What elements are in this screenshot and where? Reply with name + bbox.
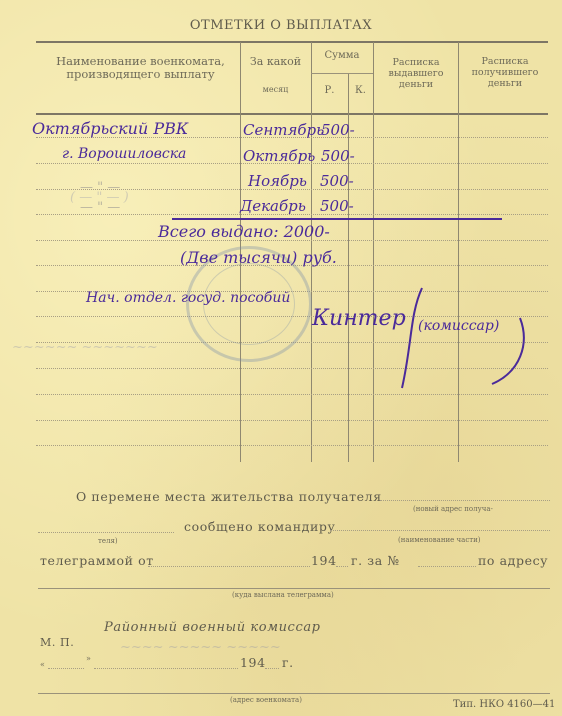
new-address-hint: (новый адрес получа- [413,505,493,513]
header-month-bottom: месяц [240,84,311,96]
date-day-field[interactable] [48,668,84,669]
unit-name-hint: (наименование части) [398,536,481,544]
telegram-date-field[interactable] [148,566,310,567]
handwritten-ditto-2: — " — [80,200,120,215]
header-rub: Р. [311,85,348,97]
handwritten-amount-4: 500- [320,197,354,215]
table-header-bottom-border [36,113,548,115]
document-title: ОТМЕТКИ О ВЫПЛАТАХ [0,18,562,33]
residence-change-label: О перемене места жительства получателя [76,489,382,504]
handwritten-total-underline [172,218,502,220]
date-year-field[interactable] [265,668,279,669]
telegram-from-label: телеграммой от [40,553,154,568]
date-quote-close: » [86,654,91,663]
new-address-field[interactable] [380,500,550,501]
handwritten-office-line2: г. Ворошиловска [62,146,186,162]
row-line [36,445,548,446]
date-month-field[interactable] [94,668,238,669]
handwritten-month-2: Октябрь [243,147,315,165]
telegram-destination-hint: (куда выслана телеграмма) [232,591,334,599]
row-line [36,394,548,395]
by-address-label: по адресу [478,553,548,568]
new-address-field-cont[interactable] [38,532,174,533]
telegram-year-field[interactable] [336,566,348,567]
form-code: Тип. НКО 4160—41 [453,699,555,710]
bleed-through-text: ~~~~ ~~~~~ ~~~~~ [120,640,281,655]
handwritten-total-words: (Две тысячи) руб. [180,248,337,267]
date-quote-open: « [40,660,45,669]
signature-flourish [380,284,540,394]
unit-name-field[interactable] [330,530,550,531]
handwritten-amount-2: 500- [321,147,355,165]
handwritten-amount-3: 500- [320,172,354,190]
telegram-destination-field[interactable] [38,588,550,589]
bleed-through-text: ~~~~~~ ~~~~~~~ [12,340,158,355]
telegram-year-prefix: 194 [311,553,337,568]
header-office-name: Наименование военкомата, производящего в… [48,55,233,81]
table-top-border [36,41,548,43]
telegram-number-label: г. за № [351,553,400,568]
header-recipient-receipt: Расписка получившего деньги [462,56,548,89]
sum-subheader-line [311,73,373,74]
handwritten-official-title: Нач. отдел. госуд. пособий [86,290,290,306]
header-sum: Сумма [311,50,373,62]
handwritten-month-4: Декабрь [240,197,306,215]
handwritten-amount-1: 500- [321,121,355,139]
reported-to-label: сообщено командиру [184,519,335,534]
office-address-hint: (адрес военкомата) [230,696,302,704]
row-line [36,420,548,421]
handwritten-ditto-1: — " — [80,180,120,195]
handwritten-month-3: Ноябрь [248,172,307,190]
col-divider-4 [373,42,374,462]
header-issuer-receipt: Расписка выдавшего деньги [380,57,452,90]
date-g-label: г. [282,655,294,670]
col-divider-5 [458,42,459,462]
commissar-title: Районный военный комиссар [104,620,321,635]
header-month-top: За какой [240,56,311,68]
new-address-hint-end: теля) [98,537,118,545]
seal-place-label: М. П. [40,636,74,649]
header-kop: К. [348,85,373,97]
office-address-field[interactable] [38,693,550,694]
handwritten-office-line1: Октябрьский РВК [32,119,188,138]
handwritten-total: Всего выдано: 2000- [158,222,330,241]
telegram-number-field[interactable] [418,566,476,567]
date-year-prefix: 194 [240,655,266,670]
handwritten-month-1: Сентябрь [243,121,324,139]
